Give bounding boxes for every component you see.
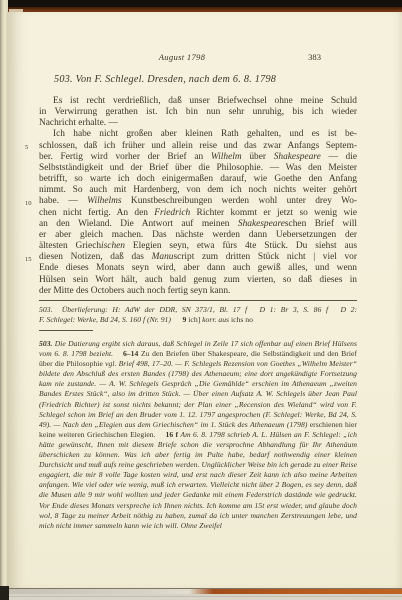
book-page: August 1798 383 503. Von F. Schlegel. Dr… [7, 12, 402, 588]
page-number: 383 [308, 52, 321, 62]
text-segment: 503. [39, 305, 52, 314]
text-segment: Nachricht erhalte. — [39, 118, 118, 128]
letter-line: betrifft, so warte ich doch einigermaßen… [39, 174, 357, 185]
apparatus-rule [39, 300, 357, 301]
line-number: 5 [25, 142, 36, 153]
letter-line: ältesten Griechischen Elegien seyn, etwa… [39, 241, 357, 252]
text-segment: — die [321, 152, 357, 162]
bottom-left-shadow [0, 586, 9, 600]
letter-line: er aber gleich machen. Das nächste werde… [39, 230, 357, 241]
text-segment: in Verwirrung gerathen ist. Ich bin nun … [39, 107, 357, 117]
text-segment: er aber gleich machen. Das nächste werde… [39, 230, 357, 240]
text-segment: betrifft, so warte ich doch einigermaßen… [39, 174, 357, 184]
text-segment: Überlieferung: H: AdW der DDR, SN 373/1,… [62, 305, 247, 314]
letter-line: 5schlossen, daß ich früher und allein re… [39, 141, 357, 152]
text-segment: Shakespeare [238, 219, 285, 229]
text-segment: korr. aus [202, 315, 229, 324]
text-segment: D 1: Br 3, S. 86 f [259, 305, 328, 314]
spacer [52, 311, 61, 312]
book-photo: August 1798 383 503. Von F. Schlegel. Dr… [0, 0, 402, 600]
letter-line: an den Wieland. Die Antwort auf meinen S… [39, 219, 357, 230]
text-segment: Richter kommt er jetzt so wenig wie [190, 208, 357, 218]
text-segment: diesen Notizen, daß das [39, 252, 152, 262]
text-segment: D 2: [340, 305, 357, 314]
text-segment: 6–14 [123, 349, 138, 358]
text-segment: an den Wieland. Die Antwort auf meinen [39, 219, 238, 229]
letter-line: nimmt. So auch mit Hardenberg, von dem i… [39, 185, 357, 196]
text-segment: Hülsen sein Wort hält, auch bald genug z… [39, 275, 357, 285]
text-segment: Wilhelm [211, 152, 242, 162]
spacer [113, 355, 123, 356]
spacer [171, 321, 183, 322]
bottom-page-block [0, 594, 402, 600]
text-segment: ichs no [229, 315, 253, 324]
text-segment: der Mitte des Octobers auch noch fertig … [39, 286, 230, 296]
text-segment: script zum dritten Stück nicht | viel vo… [173, 252, 357, 262]
line-number: 10 [25, 198, 36, 209]
text-segment: vgl. Brief 498, 17–20. — F. Schlegels Re… [39, 359, 357, 429]
text-segment: Kunstbeschreibungen werden wohl unter dr… [122, 196, 357, 206]
spacer [328, 311, 340, 312]
text-segment: 503. [39, 339, 53, 348]
text-segment: 16 f [165, 430, 178, 439]
text-segment: ältesten Griech [39, 241, 101, 251]
commentary-rule [39, 330, 93, 331]
letter-body: Es ist recht verdrießlich, daß unser Bri… [39, 96, 357, 297]
spacer [156, 436, 166, 437]
letter-line: Selbstständigkeit und der Brief über die… [39, 163, 357, 174]
text-segment: Selbstständigkeit und der Brief über die… [39, 163, 357, 173]
text-segment: über [242, 152, 274, 162]
text-segment: ischen [101, 241, 125, 251]
text-segment: Shakespeare [274, 152, 321, 162]
apparatus-line: 503.Überlieferung: H: AdW der DDR, SN 37… [39, 305, 357, 315]
text-segment: Friedrich [154, 208, 190, 218]
text-segment: chen nicht fertig. An den [39, 208, 154, 218]
text-segment: schen Brief will [285, 219, 357, 229]
spacer [247, 311, 259, 312]
text-segment: Am 6. 8. 1798 schrieb A. L. Hülsen an F.… [39, 430, 357, 530]
text-segment: Elegien seyn, etwa fürs 4te Stück. Du si… [125, 241, 357, 251]
letter-line: chen nicht fertig. An den Friedrich Rich… [39, 208, 357, 219]
text-segment: Wilhelms [87, 196, 121, 206]
text-segment: habe. — [39, 196, 87, 206]
text-segment: Manu [152, 252, 174, 262]
apparatus-line: F. Schlegel: Werke, Bd 24, S. 160 f (Nr.… [39, 315, 357, 325]
letter-line: Ich habe nicht großen aber kleinen Rath … [39, 129, 357, 140]
text-segment: ber. Fertig wird vorher der Brief an [39, 152, 211, 162]
line-number: 15 [25, 254, 36, 265]
letter-line: 10habe. — Wilhelms Kunstbeschreibungen w… [39, 196, 357, 207]
top-edge-black [0, 0, 402, 7]
letter-line: Nachricht erhalte. — [39, 118, 357, 129]
letter-line: in Verwirrung gerathen ist. Ich bin nun … [39, 107, 357, 118]
text-segment: nimmt. So auch mit Hardenberg, von dem i… [39, 185, 357, 195]
letter-line: 15diesen Notizen, daß das Manuscript zum… [39, 252, 357, 263]
text-segment: Ende dieses Monats seyn wird, aber dann … [39, 263, 357, 273]
text-segment: F. Schlegel: Werke, Bd 24, S. 160 f (Nr.… [39, 315, 171, 324]
letter-line: Es ist recht verdrießlich, daß unser Bri… [39, 96, 357, 107]
apparatus: 503.Überlieferung: H: AdW der DDR, SN 37… [39, 305, 357, 325]
text-segment: schlossen, daß ich früher und allein rei… [39, 141, 357, 151]
text-segment: ich] [188, 315, 202, 324]
letter-heading: 503. Von F. Schlegel. Dresden, nach dem … [54, 74, 276, 85]
letter-line: der Mitte des Octobers auch noch fertig … [39, 286, 357, 297]
letter-line: ber. Fertig wird vorher der Brief an Wil… [39, 152, 357, 163]
text-segment: Ich habe nicht großen aber kleinen Rath … [53, 129, 357, 139]
letter-line: Hülsen sein Wort hält, auch bald genug z… [39, 275, 357, 286]
letter-line: Ende dieses Monats seyn wird, aber dann … [39, 263, 357, 274]
commentary: 503. Die Datierung ergibt sich daraus, d… [39, 339, 357, 531]
running-title: August 1798 [23, 52, 341, 62]
text-segment: Es ist recht verdrießlich, daß unser Bri… [53, 96, 357, 106]
running-header: August 1798 383 [39, 52, 357, 64]
